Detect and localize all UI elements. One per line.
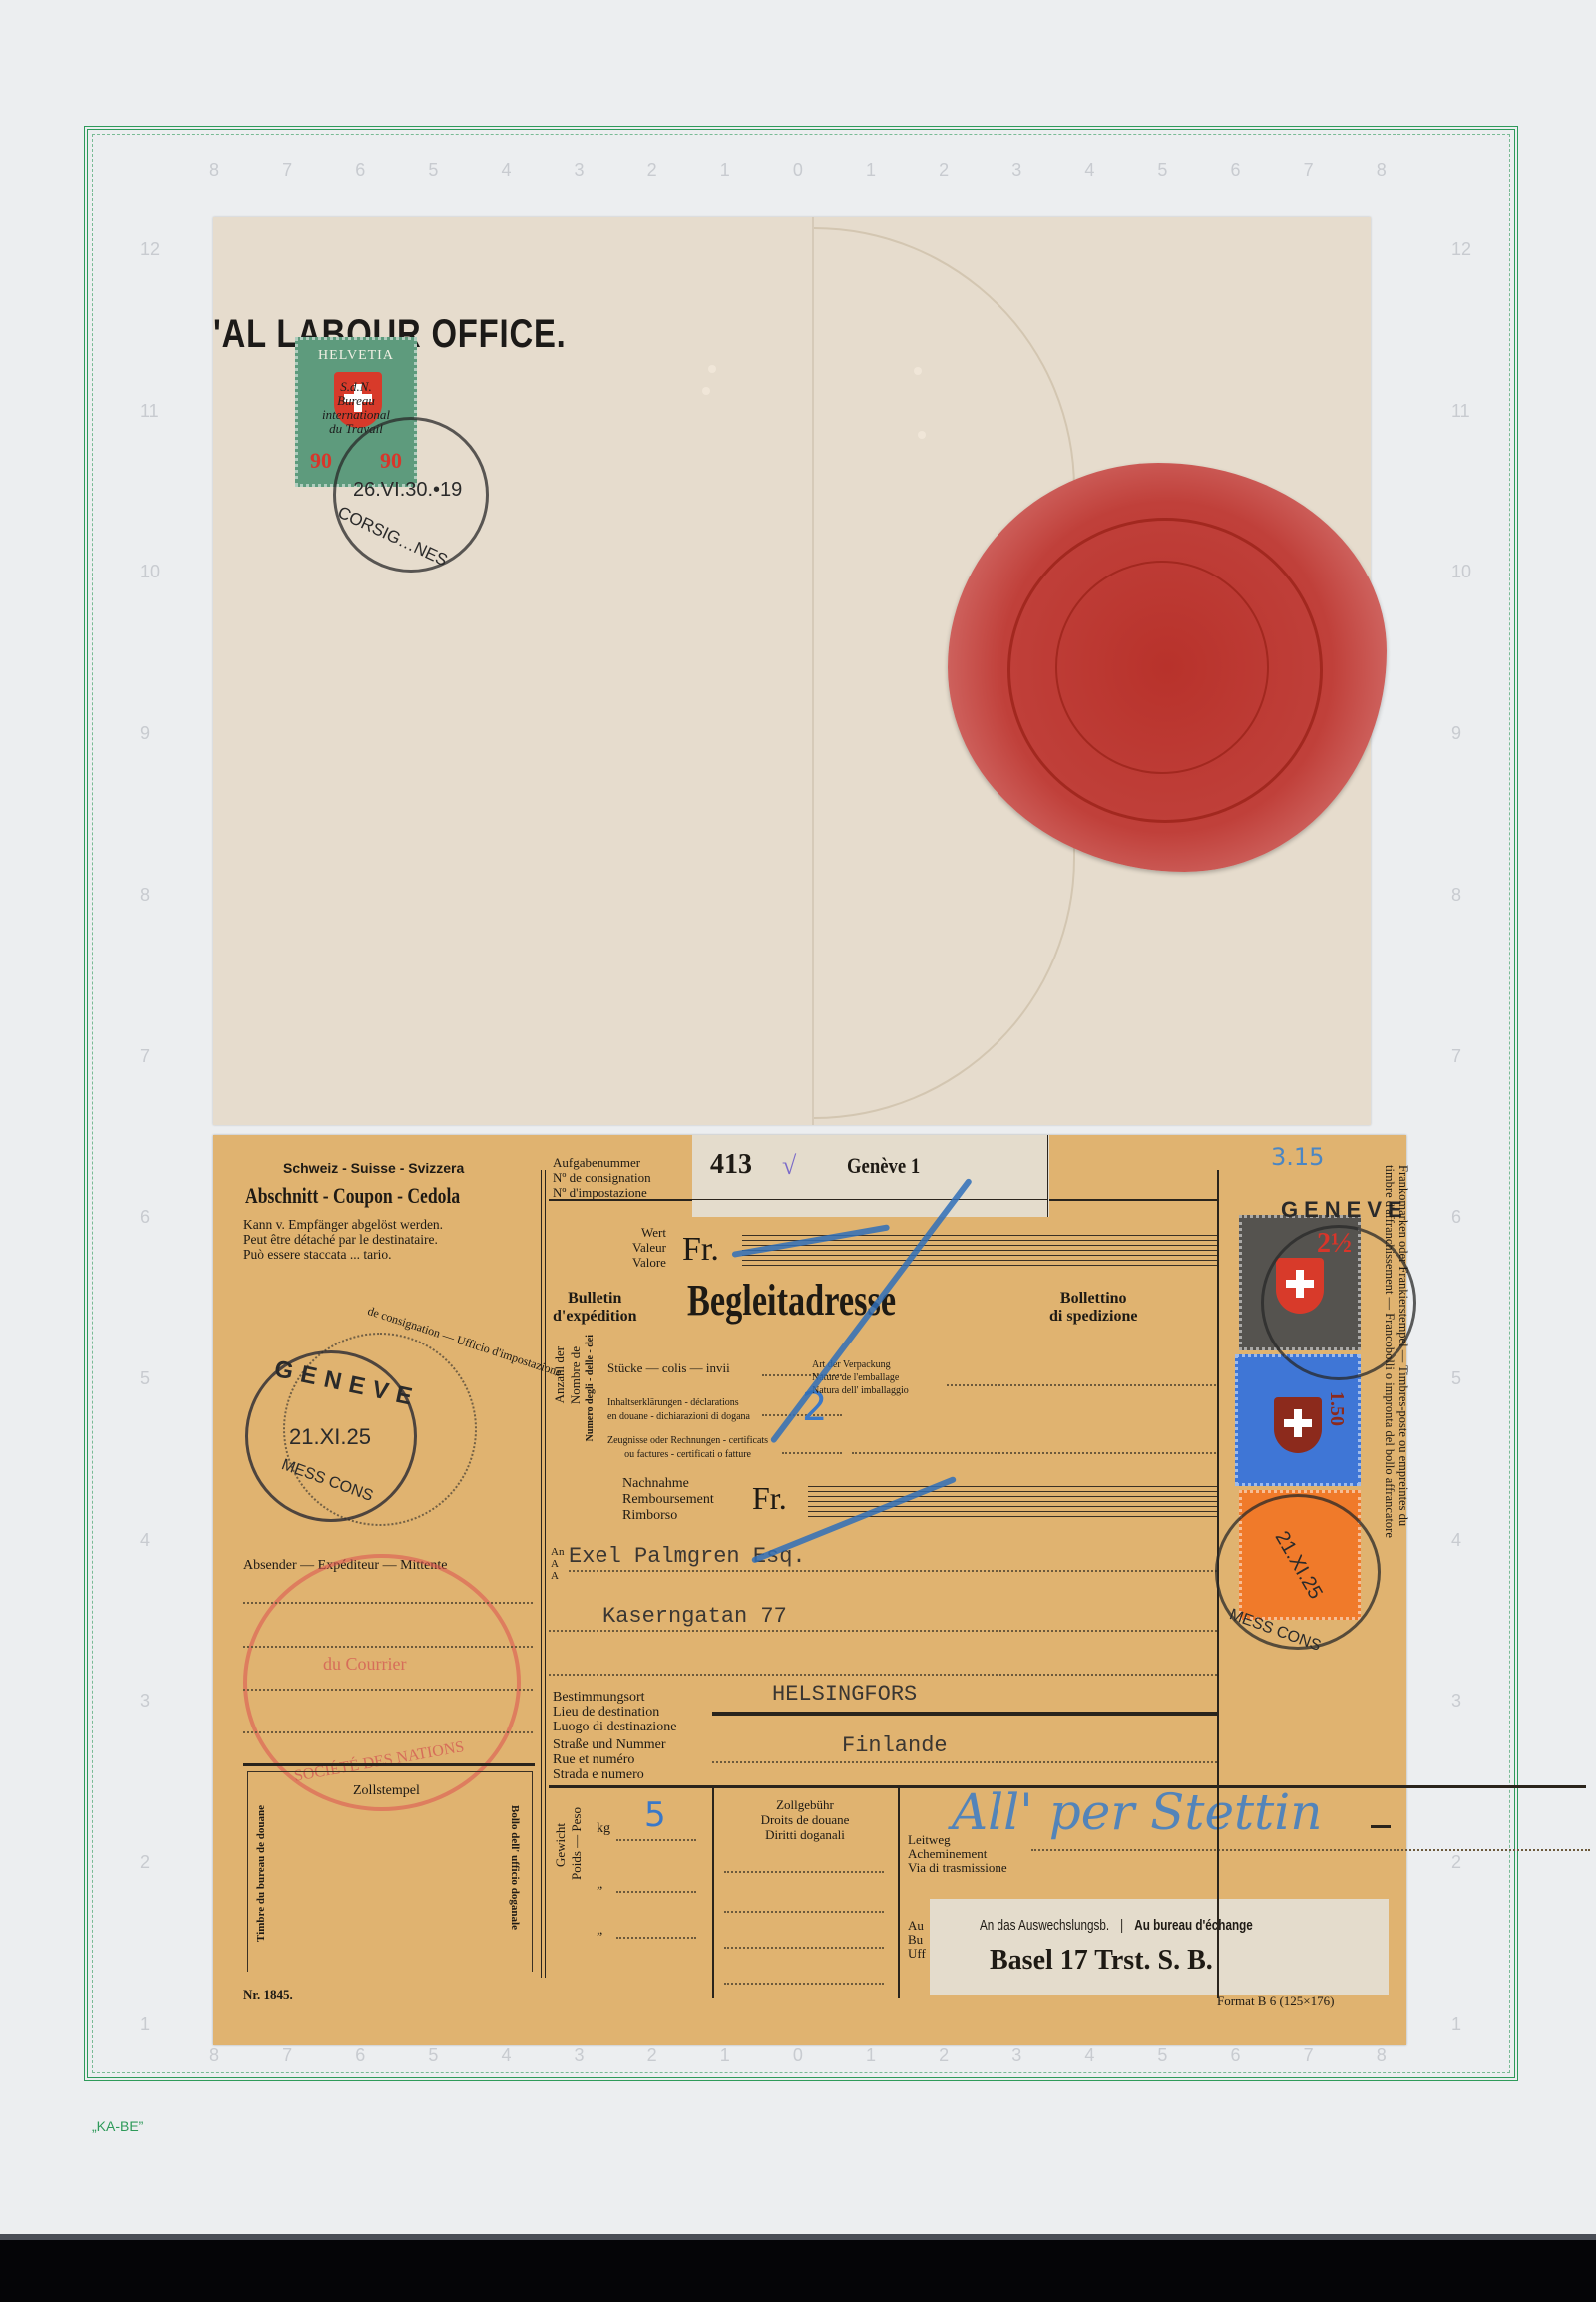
value-currency: Fr. [682,1231,719,1269]
ruler-tick: 2 [939,160,949,181]
customs-right-label: Bollo dell' ufficio doganale [509,1805,521,1930]
ruler-tick: 8 [140,885,160,906]
ruler-tick: 1 [720,160,730,181]
coupon-notes: Kann v. Empfänger abgelöst werden. Peut … [243,1217,443,1262]
count-pieces-label: Stücke — colis — invii [607,1360,730,1376]
counts-side-label-it: Numero degli - delle - dei [585,1335,596,1441]
stamp-1-50-value: 1.50 [1325,1391,1348,1426]
pencil-note: 3.15 [1271,1143,1324,1171]
ruler-left: 121110987654321 [140,239,160,2035]
title-right: Bollettino di spedizione [1049,1290,1137,1326]
ruler-tick: 3 [575,160,585,181]
ruler-tick: 6 [1231,2045,1241,2066]
format-note: Format B 6 (125×176) [1217,1993,1334,2009]
album-brand: „KA-BE” [92,2118,143,2134]
ruler-tick: 9 [140,723,160,744]
exchange-hidden-labels: Au Bu Uff [908,1919,926,1961]
ruler-tick: 6 [355,2045,365,2066]
ruler-tick: 7 [1451,1046,1471,1067]
ruler-tick: 2 [647,2045,657,2066]
count-certificates-field[interactable] [782,1452,842,1454]
ruler-tick: 4 [140,1530,160,1551]
customs-fee-field-3[interactable] [724,1947,884,1949]
ruler-tick: 7 [1304,160,1314,181]
ruler-tick: 11 [140,401,160,422]
scan-edge [0,2234,1596,2302]
album-page: 87654321012345678 87654321012345678 1211… [0,0,1596,2234]
ruler-tick: 8 [1451,885,1471,906]
packing-field[interactable] [947,1384,1216,1386]
exchange-line1: An das Auswechslungsb. | Au bureau d'éch… [980,1917,1253,1934]
stamp-country: HELVETIA [298,348,414,364]
consignment-office: Genève 1 [847,1153,920,1179]
customs-fee-field-1[interactable] [724,1871,884,1873]
ruler-tick: 1 [866,160,876,181]
ruler-tick: 3 [140,1691,160,1712]
street-labels: Straße und Nummer Rue et numéro Strada e… [553,1737,666,1782]
ruler-tick: 5 [140,1368,160,1389]
exchange-office-name: Basel 17 Trst. S. B. [990,1945,1213,1977]
cod-currency: Fr. [752,1480,787,1517]
ruler-tick: 1 [1451,2014,1471,2035]
ruler-tick: 3 [1011,160,1021,181]
ruler-tick: 12 [140,239,160,260]
ruler-tick: 2 [1451,1852,1471,1873]
ruler-tick: 6 [355,160,365,181]
ruler-tick: 2 [140,1852,160,1873]
weight-field-3[interactable] [616,1937,696,1939]
cod-labels: Nachnahme Remboursement Rimborso [622,1476,714,1524]
ruler-tick: 4 [1084,2045,1094,2066]
customs-stamp-title: Zollstempel [353,1783,420,1799]
value-labels: Wert Valeur Valore [632,1225,666,1270]
ruler-tick: 0 [793,160,803,181]
form-number: Nr. 1845. [243,1987,293,2003]
ruler-tick: 3 [1451,1691,1471,1712]
ruler-tick: 6 [1451,1207,1471,1228]
recipient-country[interactable]: Finlande [842,1733,948,1758]
ruler-tick: 5 [428,2045,438,2066]
ruler-tick: 1 [140,2014,160,2035]
handwritten-weight: 5 [644,1795,666,1835]
ruler-tick: 4 [501,160,511,181]
ruler-tick: 3 [1011,2045,1021,2066]
weight-field-2[interactable] [616,1891,696,1893]
ruler-tick: 1 [866,2045,876,2066]
ruler-tick: 11 [1451,401,1471,422]
weight-side-label-2: Poids — Peso [569,1807,584,1880]
ruler-tick: 4 [1451,1530,1471,1551]
count-certificates-label: Zeugnisse oder Rechnungen - certificats … [607,1434,768,1462]
ruler-tick: 5 [1157,160,1167,181]
seal-ring [1007,518,1323,823]
weight-side-label: Gewicht [553,1823,568,1867]
franking-label: Frankomarken oder Frankierstempel — Timb… [1383,1165,1410,1538]
weight-field-1[interactable] [616,1839,696,1841]
consignment-labels: Aufgabenummer Nº de consignation Nº d'im… [553,1155,651,1200]
ruler-tick: 2 [939,2045,949,2066]
coupon-country: Schweiz - Suisse - Svizzera [283,1160,464,1176]
parcel-card: Schweiz - Suisse - Svizzera Abschnitt - … [213,1135,1406,2045]
stamp-value-left: 90 [310,448,332,474]
ruler-tick: 6 [1231,160,1241,181]
ruler-tick: 2 [647,160,657,181]
ruler-tick: 4 [1084,160,1094,181]
handwritten-route: All' per Stettin [952,1783,1322,1841]
ruler-bottom: 87654321012345678 [209,2045,1387,2066]
ruler-tick: 9 [1451,723,1471,744]
ruler-right: 121110987654321 [1451,239,1471,2035]
count-declarations-label: Inhaltserklärungen - déclarations en dou… [607,1396,750,1424]
counts-side-label: Anzahl der [553,1346,567,1403]
ruler-tick: 7 [140,1046,160,1067]
ruler-tick: 7 [1304,2045,1314,2066]
coupon-postmark-date: 21.XI.25 [289,1424,371,1450]
customs-stamp-box [247,1771,533,1972]
ruler-tick: 6 [140,1207,160,1228]
ruler-tick: 4 [501,2045,511,2066]
cachet-text: du Courrier [323,1654,406,1675]
postmark-date: 26.VI.30.•19 [353,479,462,502]
ruler-tick: 7 [282,160,292,181]
ruler-tick: 0 [793,2045,803,2066]
ruler-tick: 3 [575,2045,585,2066]
consignment-label: 413 √ Genève 1 [692,1135,1049,1217]
ruler-tick: 7 [282,2045,292,2066]
address-prefix: An A A [551,1546,564,1582]
customs-fee-field-4[interactable] [724,1983,884,1985]
customs-left-label: Timbre du bureau de douane [255,1805,267,1942]
ruler-tick: 1 [720,2045,730,2066]
weight-ditto-2: „ [597,1923,602,1939]
ruler-tick: 8 [1377,160,1387,181]
destination-labels: Bestimmungsort Lieu de destination Luogo… [553,1690,676,1734]
consignment-number: 413 [710,1149,752,1181]
ruler-top: 87654321012345678 [209,160,1387,181]
ruler-tick: 10 [140,562,160,582]
ruler-tick: 12 [1451,239,1471,260]
ruler-tick: 8 [1377,2045,1387,2066]
ruler-tick: 8 [209,160,219,181]
ruler-tick: 10 [1451,562,1471,582]
coupon-title: Abschnitt - Coupon - Cedola [245,1183,460,1209]
envelope-front: 'AL LABOUR OFFICE. HELVETIA S.d.N. Burea… [213,217,1371,1125]
route-field[interactable] [1031,1849,1590,1851]
customs-fee-labels: Zollgebühr Droits de douane Diritti doga… [732,1797,878,1842]
weight-unit: kg [597,1821,610,1837]
counts-side-label-fr: Nombre de [569,1346,583,1404]
weight-ditto-1: „ [597,1877,602,1893]
ruler-tick: 8 [209,2045,219,2066]
exchange-office-slip: An das Auswechslungsb. | Au bureau d'éch… [930,1899,1389,1995]
ruler-tick: 5 [1451,1368,1471,1389]
recipient-city[interactable]: HELSINGFORS [772,1682,917,1707]
ruler-tick: 5 [428,160,438,181]
check-mark: √ [782,1151,796,1181]
title-left: Bulletin d'expédition [553,1290,636,1326]
ruler-tick: 5 [1157,2045,1167,2066]
recipient-street[interactable]: Kaserngatan 77 [602,1604,787,1629]
customs-fee-field-2[interactable] [724,1911,884,1913]
